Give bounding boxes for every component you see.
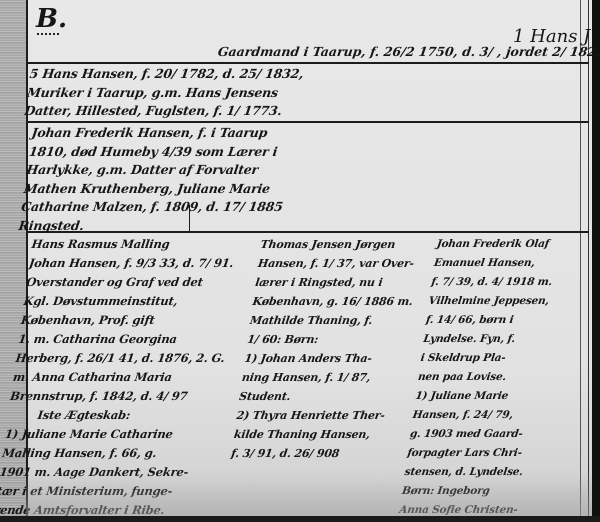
column-line: Malling Hansen, f. 66, g. xyxy=(1,444,213,463)
column-line: i Skeldrup Pla- xyxy=(419,349,542,368)
page-edge-bottom xyxy=(0,516,600,522)
entry-line: 1810, død Humeby 4/39 som Lærer i xyxy=(28,143,292,162)
column-line: Iste Ægteskab: xyxy=(6,406,218,425)
entry-line: Harlykke, g.m. Datter af Forvalter xyxy=(25,161,289,180)
column-line: Brennstrup, f. 1842, d. 4/ 97 xyxy=(9,387,221,406)
column-line: København, Prof. gift xyxy=(20,311,232,330)
column-3-text: Johan Frederik Olaf Emanuel Hansen, f. 7… xyxy=(398,235,559,520)
entry-2-text: Johan Frederik Hansen, f. i Taarup 1810,… xyxy=(17,124,294,235)
column-line: Børn: Ingeborg xyxy=(401,482,524,501)
column-line: Johan Frederik Olaf xyxy=(435,235,558,254)
column-line: Hans Rasmus Malling xyxy=(30,235,242,254)
column-line: Lyndelse. Fyn, f. xyxy=(422,330,545,349)
column-line: 1. m. Catharina Georgina xyxy=(17,330,229,349)
entry-line: Catharine Malzen, f. 1809, d. 17/ 1885 xyxy=(20,198,284,217)
column-line: 1) Johan Anders Tha- xyxy=(243,349,406,368)
header-rule xyxy=(27,62,589,64)
column-line: Kgl. Døvstummeinstitut, xyxy=(22,292,234,311)
entry-line: Ringsted. xyxy=(17,217,281,236)
register-page: B. 1 Hans J Gaardmand i Taarup, f. 26/2 … xyxy=(0,0,600,522)
column-line: Vilhelmine Jeppesen, xyxy=(427,292,550,311)
column-line: Student. xyxy=(238,387,401,406)
column-line: f. 3/ 91, d. 26/ 908 xyxy=(230,444,393,463)
entry-line: Johan Frederik Hansen, f. i Taarup xyxy=(30,124,294,143)
right-margin-rule xyxy=(580,0,581,516)
column-line: København, g. 16/ 1886 m. xyxy=(251,292,414,311)
column-line: Hansen, f. 1/ 37, var Over- xyxy=(257,254,420,273)
column-1-text: Hans Rasmus Malling Johan Hansen, f. 9/3… xyxy=(0,235,242,520)
column-line: forpagter Lars Chri- xyxy=(406,444,529,463)
entry-line: Datter, Hillested, Fuglsten, f. 1/ 1773. xyxy=(23,102,299,121)
column-line: 1/ 60: Børn: xyxy=(246,330,409,349)
entry-1-rule xyxy=(27,121,589,123)
section-letter-underline xyxy=(37,29,59,35)
column-line: 1901 m. Aage Dankert, Sekre- xyxy=(0,463,210,482)
entry-1-text: 5 Hans Hansen, f. 20/ 1782, d. 25/ 1832,… xyxy=(23,65,304,121)
column-line: stensen, d. Lyndelse. xyxy=(403,463,526,482)
column-line: m. Anna Catharina Maria xyxy=(12,368,224,387)
column-line: kilde Thaning Hansen, xyxy=(233,425,396,444)
column-line: Hansen, f. 24/ 79, xyxy=(411,406,534,425)
column-line: tær i et Ministerium, funge- xyxy=(0,482,207,501)
column-line: f. 7/ 39, d. 4/ 1918 m. xyxy=(430,273,553,292)
column-line: Emanuel Hansen, xyxy=(433,254,556,273)
column-2-text: Thomas Jensen Jørgen Hansen, f. 1/ 37, v… xyxy=(230,235,422,463)
column-line: 2) Thyra Henriette Ther- xyxy=(235,406,398,425)
column-line: Overstander og Graf ved det xyxy=(25,273,237,292)
page-edge-right xyxy=(592,0,600,522)
header-occupation: Gaardmand i Taarup, f. 26/2 1750, d. 3/ … xyxy=(217,44,600,59)
entry-line: 5 Hans Hansen, f. 20/ 1782, d. 25/ 1832, xyxy=(28,65,304,84)
column-line: 1) Juliane Marie xyxy=(414,387,537,406)
entry-line: Muriker i Taarup, g.m. Hans Jensens xyxy=(26,84,302,103)
column-line: Thomas Jensen Jørgen xyxy=(259,235,422,254)
column-line: Mathilde Thaning, f. xyxy=(249,311,412,330)
column-line: nen paa Lovise. xyxy=(417,368,540,387)
entry-line: Mathen Kruthenberg, Juliane Marie xyxy=(23,180,287,199)
right-margin-rule-outer xyxy=(588,0,589,516)
column-line: f. 14/ 66, børn i xyxy=(425,311,548,330)
column-line: Herberg, f. 26/1 41, d. 1876, 2. G. xyxy=(14,349,226,368)
column-line: g. 1903 med Gaard- xyxy=(409,425,532,444)
column-line: ning Hansen, f. 1/ 87, xyxy=(241,368,404,387)
column-line: lærer i Ringsted, nu i xyxy=(254,273,417,292)
column-line: Johan Hansen, f. 9/3 33, d. 7/ 91. xyxy=(28,254,240,273)
column-line: 1) Juliane Marie Catharine xyxy=(4,425,216,444)
